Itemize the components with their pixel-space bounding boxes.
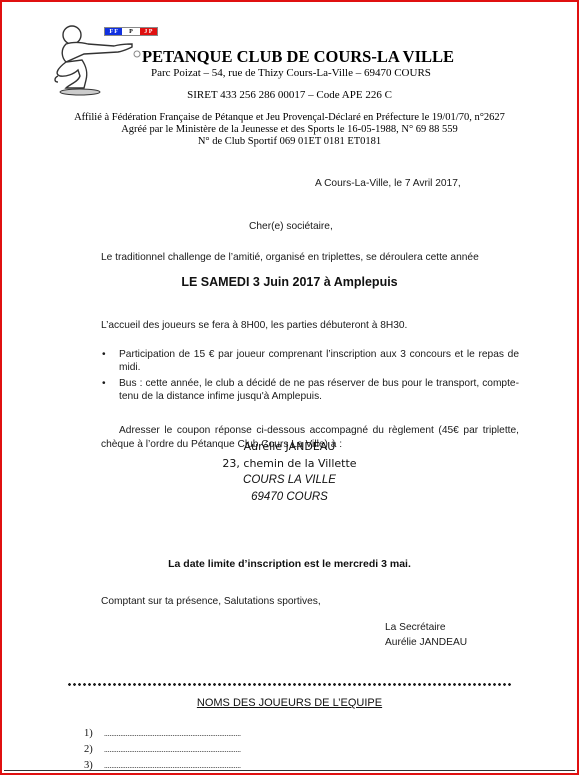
closing-line: Comptant sur ta présence, Salutations sp… — [101, 596, 321, 607]
club-address: Parc Poizat – 54, rue de Thizy Cours-La-… — [151, 67, 431, 79]
intro-paragraph: Le traditionnel challenge de l’amitié, o… — [101, 252, 479, 263]
player-name-blank[interactable]: ........................................… — [104, 758, 241, 774]
ffpjp-federation-logo: F F P J P — [104, 27, 158, 36]
club-number-line: N° de Club Sportif 069 01ET 0181 ET0181 — [0, 136, 579, 148]
logo-segment-white: P — [122, 28, 139, 35]
affiliation-line: Affilié à Fédération Française de Pétanq… — [0, 112, 579, 124]
recipient-name: Aurélie JANDEAU — [0, 438, 579, 455]
affiliation-block: Affilié à Fédération Française de Pétanq… — [0, 112, 579, 148]
bullet-item: •Bus : cette année, le club a décidé de … — [101, 377, 519, 403]
player-row[interactable]: 2) .....................................… — [84, 742, 241, 758]
greeting: Cher(e) sociétaire, — [249, 221, 333, 232]
player-list: 1) .....................................… — [84, 726, 241, 774]
agreement-line: Agréé par le Ministère de la Jeunesse et… — [0, 124, 579, 136]
player-number: 3) — [84, 758, 102, 774]
bullet-icon: • — [102, 348, 106, 361]
logo-segment-red: J P — [140, 28, 157, 35]
player-row[interactable]: 1) .....................................… — [84, 726, 241, 742]
info-bullet-list: •Participation de 15 € par joueur compre… — [101, 348, 519, 406]
cut-line-separator — [67, 683, 512, 686]
recipient-street: 23, chemin de la Villette — [0, 455, 579, 472]
bullet-text: Bus : cette année, le club a décidé de n… — [119, 378, 519, 402]
deadline-notice: La date limite d’inscription est le merc… — [0, 558, 579, 570]
event-heading: LE SAMEDI 3 Juin 2017 à Amplepuis — [0, 275, 579, 289]
reception-paragraph: L’accueil des joueurs se fera à 8H00, le… — [101, 320, 407, 331]
recipient-address: Aurélie JANDEAU 23, chemin de la Villett… — [0, 438, 579, 506]
place-date: A Cours-La-Ville, le 7 Avril 2017, — [315, 178, 461, 189]
bullet-item: •Participation de 15 € par joueur compre… — [101, 348, 519, 374]
team-names-title: NOMS DES JOUEURS DE L’EQUIPE — [0, 697, 579, 709]
bullet-text: Participation de 15 € par joueur compren… — [119, 349, 519, 373]
siret-line: SIRET 433 256 286 00017 – Code APE 226 C — [0, 89, 579, 101]
player-name-blank[interactable]: ........................................… — [104, 726, 241, 742]
signature-name: Aurélie JANDEAU — [385, 637, 467, 648]
player-name-blank[interactable]: ........................................… — [104, 742, 241, 758]
signature-role: La Secrétaire — [385, 622, 446, 633]
club-name: PETANQUE CLUB DE COURS-LA VILLE — [142, 47, 442, 67]
player-number: 1) — [84, 726, 102, 742]
recipient-postal: 69470 COURS — [0, 489, 579, 506]
player-row[interactable]: 3) .....................................… — [84, 758, 241, 774]
logo-segment-blue: F F — [105, 28, 122, 35]
bullet-icon: • — [102, 377, 106, 390]
recipient-city: COURS LA VILLE — [0, 472, 579, 489]
player-number: 2) — [84, 742, 102, 758]
